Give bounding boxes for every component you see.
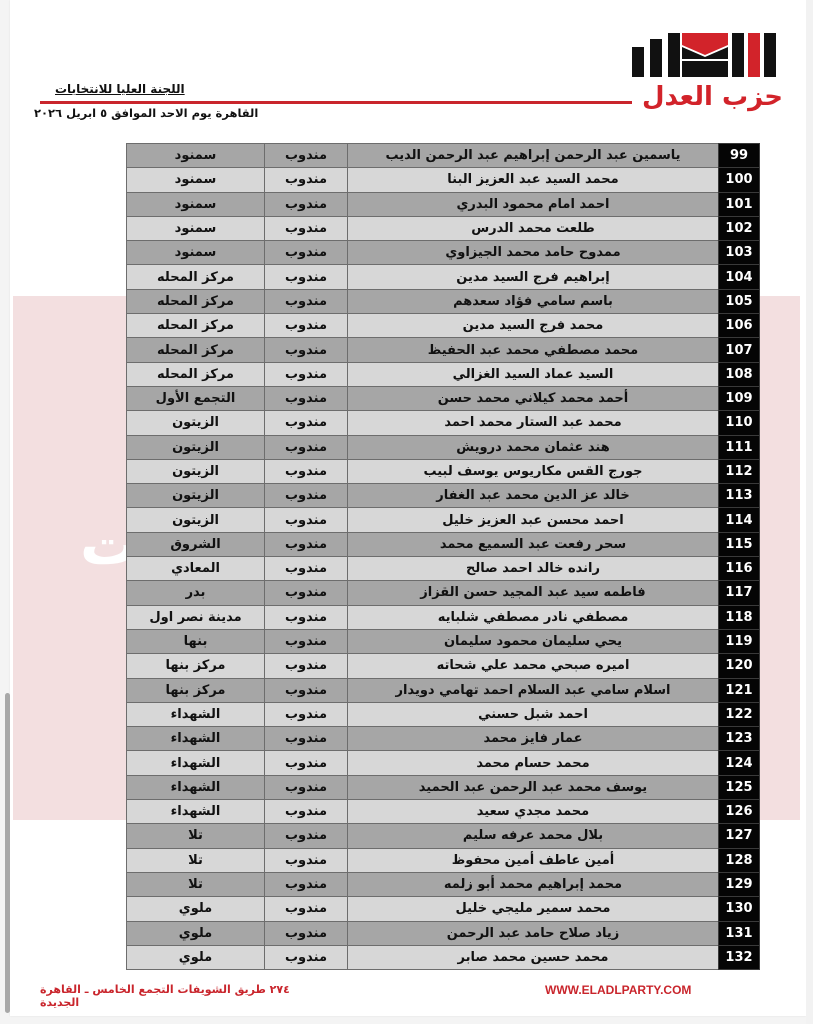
table-row: 109أحمد محمد كيلاني محمد حسنمندوبالتجمع … <box>127 386 760 410</box>
delegate-role: مندوب <box>265 605 348 629</box>
row-number: 107 <box>719 338 760 362</box>
row-number: 110 <box>719 411 760 435</box>
row-number: 99 <box>719 144 760 168</box>
delegate-area: تلا <box>127 848 265 872</box>
table-row: 120اميره صبحي محمد علي شحاتهمندوبمركز بن… <box>127 654 760 678</box>
delegate-name: جورج القس مكاريوس يوسف لبيب <box>348 459 719 483</box>
delegate-role: مندوب <box>265 702 348 726</box>
row-number: 116 <box>719 557 760 581</box>
delegate-role: مندوب <box>265 654 348 678</box>
delegate-area: المعادي <box>127 557 265 581</box>
table-row: 111هند عثمان محمد درويشمندوبالزيتون <box>127 435 760 459</box>
delegate-area: مركز المحله <box>127 362 265 386</box>
table-row: 102طلعت محمد الدرسمندوبسمنود <box>127 216 760 240</box>
vertical-scrollbar[interactable] <box>5 693 10 1013</box>
row-number: 117 <box>719 581 760 605</box>
row-number: 131 <box>719 921 760 945</box>
delegate-name: أحمد محمد كيلاني محمد حسن <box>348 386 719 410</box>
table-row: 131زياد صلاح حامد عبد الرحمنمندوبملوي <box>127 921 760 945</box>
footer-address: ٢٧٤ طريق الشويفات التجمع الخامس ـ القاهر… <box>40 983 290 1009</box>
delegate-role: مندوب <box>265 192 348 216</box>
table-row: 125يوسف محمد عبد الرحمن عبد الحميدمندوبا… <box>127 775 760 799</box>
row-number: 121 <box>719 678 760 702</box>
delegate-area: الزيتون <box>127 435 265 459</box>
row-number: 103 <box>719 241 760 265</box>
delegate-name: هند عثمان محمد درويش <box>348 435 719 459</box>
delegate-name: خالد عز الدين محمد عبد الغفار <box>348 484 719 508</box>
table-row: 121اسلام سامي عبد السلام احمد تهامي دويد… <box>127 678 760 702</box>
table-row: 103ممدوح حامد محمد الجيزاويمندوبسمنود <box>127 241 760 265</box>
table-row: 115سحر رفعت عبد السميع محمدمندوبالشروق <box>127 532 760 556</box>
row-number: 106 <box>719 314 760 338</box>
delegate-area: سمنود <box>127 241 265 265</box>
delegate-name: ممدوح حامد محمد الجيزاوي <box>348 241 719 265</box>
table-row: 113خالد عز الدين محمد عبد الغفارمندوبالز… <box>127 484 760 508</box>
row-number: 108 <box>719 362 760 386</box>
delegate-role: مندوب <box>265 411 348 435</box>
delegate-name: زياد صلاح حامد عبد الرحمن <box>348 921 719 945</box>
header-divider <box>40 101 632 104</box>
delegate-name: السيد عماد السيد الغزالي <box>348 362 719 386</box>
row-number: 127 <box>719 824 760 848</box>
delegate-role: مندوب <box>265 921 348 945</box>
delegate-area: الشهداء <box>127 800 265 824</box>
table-row: 104إبراهيم فرج السيد مدينمندوبمركز المحل… <box>127 265 760 289</box>
table-row: 107محمد مصطفي محمد عبد الحفيظمندوبمركز ا… <box>127 338 760 362</box>
delegate-name: محمد عبد الستار محمد احمد <box>348 411 719 435</box>
delegate-area: مركز المحله <box>127 314 265 338</box>
delegate-role: مندوب <box>265 532 348 556</box>
delegate-area: الشهداء <box>127 702 265 726</box>
delegate-role: مندوب <box>265 265 348 289</box>
row-number: 132 <box>719 945 760 969</box>
table-row: 126محمد مجدي سعيدمندوبالشهداء <box>127 800 760 824</box>
delegate-role: مندوب <box>265 824 348 848</box>
delegate-area: التجمع الأول <box>127 386 265 410</box>
delegate-name: إبراهيم فرج السيد مدين <box>348 265 719 289</box>
delegate-area: ملوي <box>127 921 265 945</box>
delegate-area: الزيتون <box>127 411 265 435</box>
row-number: 113 <box>719 484 760 508</box>
table-row: 128أمين عاطف أمين محفوظمندوبتلا <box>127 848 760 872</box>
table-row: 114احمد محسن عبد العزيز خليلمندوبالزيتون <box>127 508 760 532</box>
delegate-role: مندوب <box>265 629 348 653</box>
delegate-role: مندوب <box>265 362 348 386</box>
delegate-name: باسم سامي فؤاد سعدهم <box>348 289 719 313</box>
delegate-area: مدينة نصر اول <box>127 605 265 629</box>
row-number: 124 <box>719 751 760 775</box>
table-row: 129محمد إبراهيم محمد أبو زلمهمندوبتلا <box>127 872 760 896</box>
delegate-role: مندوب <box>265 241 348 265</box>
table-row: 118مصطفي نادر مصطفي شلبايهمندوبمدينة نصر… <box>127 605 760 629</box>
delegate-area: بدر <box>127 581 265 605</box>
row-number: 112 <box>719 459 760 483</box>
delegate-name: ياسمين عبد الرحمن إبراهيم عبد الرحمن الد… <box>348 144 719 168</box>
table-row: 130محمد سمير مليجي خليلمندوبملوي <box>127 897 760 921</box>
row-number: 126 <box>719 800 760 824</box>
delegate-area: تلا <box>127 824 265 848</box>
delegate-role: مندوب <box>265 435 348 459</box>
row-number: 130 <box>719 897 760 921</box>
viewer-edge <box>806 0 813 1024</box>
row-number: 109 <box>719 386 760 410</box>
row-number: 114 <box>719 508 760 532</box>
delegate-name: محمد حسام محمد <box>348 751 719 775</box>
delegate-role: مندوب <box>265 945 348 969</box>
delegate-name: محمد مصطفي محمد عبد الحفيظ <box>348 338 719 362</box>
delegate-area: سمنود <box>127 216 265 240</box>
table-row: 106محمد فرج السيد مدينمندوبمركز المحله <box>127 314 760 338</box>
table-row: 132محمد حسين محمد صابرمندوبملوي <box>127 945 760 969</box>
row-number: 125 <box>719 775 760 799</box>
row-number: 118 <box>719 605 760 629</box>
row-number: 120 <box>719 654 760 678</box>
delegate-role: مندوب <box>265 775 348 799</box>
delegate-area: الزيتون <box>127 459 265 483</box>
row-number: 122 <box>719 702 760 726</box>
row-number: 105 <box>719 289 760 313</box>
delegate-area: بنها <box>127 629 265 653</box>
delegate-role: مندوب <box>265 727 348 751</box>
table-row: 127بلال محمد عرفه سليممندوبتلا <box>127 824 760 848</box>
row-number: 100 <box>719 168 760 192</box>
delegate-role: مندوب <box>265 168 348 192</box>
delegate-area: مركز المحله <box>127 338 265 362</box>
delegate-role: مندوب <box>265 581 348 605</box>
delegate-name: رانده خالد احمد صالح <box>348 557 719 581</box>
delegate-role: مندوب <box>265 751 348 775</box>
delegate-area: الشروق <box>127 532 265 556</box>
delegate-area: الشهداء <box>127 727 265 751</box>
table-row: 99ياسمين عبد الرحمن إبراهيم عبد الرحمن ا… <box>127 144 760 168</box>
delegate-name: محمد السيد عبد العزيز البنا <box>348 168 719 192</box>
table-row: 108السيد عماد السيد الغزاليمندوبمركز الم… <box>127 362 760 386</box>
delegate-role: مندوب <box>265 386 348 410</box>
delegate-name: بلال محمد عرفه سليم <box>348 824 719 848</box>
eladl-party-logo-icon <box>632 33 778 77</box>
delegate-name: يوسف محمد عبد الرحمن عبد الحميد <box>348 775 719 799</box>
delegate-name: سحر رفعت عبد السميع محمد <box>348 532 719 556</box>
row-number: 101 <box>719 192 760 216</box>
table-row: 105باسم سامي فؤاد سعدهممندوبمركز المحله <box>127 289 760 313</box>
delegate-role: مندوب <box>265 678 348 702</box>
party-name: حزب العدل <box>633 80 783 114</box>
delegate-name: محمد حسين محمد صابر <box>348 945 719 969</box>
table-row: 110محمد عبد الستار محمد احمدمندوبالزيتون <box>127 411 760 435</box>
delegate-role: مندوب <box>265 484 348 508</box>
footer-website[interactable]: WWW.ELADLPARTY.COM <box>545 983 691 997</box>
delegate-role: مندوب <box>265 872 348 896</box>
delegate-role: مندوب <box>265 459 348 483</box>
delegate-area: مركز بنها <box>127 678 265 702</box>
row-number: 123 <box>719 727 760 751</box>
delegate-name: اسلام سامي عبد السلام احمد تهامي دويدار <box>348 678 719 702</box>
delegate-area: الشهداء <box>127 775 265 799</box>
delegates-table: 99ياسمين عبد الرحمن إبراهيم عبد الرحمن ا… <box>126 143 760 970</box>
row-number: 104 <box>719 265 760 289</box>
delegate-area: الشهداء <box>127 751 265 775</box>
table-row: 116رانده خالد احمد صالحمندوبالمعادي <box>127 557 760 581</box>
delegate-area: الزيتون <box>127 484 265 508</box>
row-number: 111 <box>719 435 760 459</box>
delegate-name: مصطفي نادر مصطفي شلبايه <box>348 605 719 629</box>
delegate-role: مندوب <box>265 338 348 362</box>
row-number: 128 <box>719 848 760 872</box>
table-row: 101احمد امام محمود البدريمندوبسمنود <box>127 192 760 216</box>
committee-title: اللجنة العليا للانتخابات <box>55 82 275 96</box>
delegate-area: الزيتون <box>127 508 265 532</box>
delegate-name: احمد محسن عبد العزيز خليل <box>348 508 719 532</box>
delegate-name: عمار فايز محمد <box>348 727 719 751</box>
delegate-name: محمد سمير مليجي خليل <box>348 897 719 921</box>
table-row: 123عمار فايز محمدمندوبالشهداء <box>127 727 760 751</box>
delegate-area: تلا <box>127 872 265 896</box>
delegate-role: مندوب <box>265 897 348 921</box>
delegate-role: مندوب <box>265 557 348 581</box>
delegate-role: مندوب <box>265 144 348 168</box>
delegate-role: مندوب <box>265 800 348 824</box>
delegate-name: محمد مجدي سعيد <box>348 800 719 824</box>
delegate-name: يحي سليمان محمود سليمان <box>348 629 719 653</box>
table-row: 100محمد السيد عبد العزيز البنامندوبسمنود <box>127 168 760 192</box>
delegate-area: ملوي <box>127 897 265 921</box>
delegate-name: محمد فرج السيد مدين <box>348 314 719 338</box>
table-row: 117فاطمه سيد عبد المجيد حسن القزازمندوبب… <box>127 581 760 605</box>
delegate-name: فاطمه سيد عبد المجيد حسن القزاز <box>348 581 719 605</box>
delegate-role: مندوب <box>265 289 348 313</box>
delegate-area: مركز المحله <box>127 265 265 289</box>
delegate-name: محمد إبراهيم محمد أبو زلمه <box>348 872 719 896</box>
delegate-name: طلعت محمد الدرس <box>348 216 719 240</box>
delegate-area: ملوي <box>127 945 265 969</box>
delegate-name: احمد امام محمود البدري <box>348 192 719 216</box>
delegate-area: سمنود <box>127 144 265 168</box>
delegate-role: مندوب <box>265 216 348 240</box>
delegate-role: مندوب <box>265 508 348 532</box>
delegate-name: اميره صبحي محمد علي شحاته <box>348 654 719 678</box>
row-number: 115 <box>719 532 760 556</box>
dateline: القاهرة يوم الاحد الموافق ٥ ابريل ٢٠٢٦ <box>34 106 274 120</box>
delegate-area: سمنود <box>127 168 265 192</box>
delegate-name: احمد شبل حسني <box>348 702 719 726</box>
delegate-area: مركز المحله <box>127 289 265 313</box>
table-row: 124محمد حسام محمدمندوبالشهداء <box>127 751 760 775</box>
delegate-area: مركز بنها <box>127 654 265 678</box>
row-number: 129 <box>719 872 760 896</box>
row-number: 119 <box>719 629 760 653</box>
delegate-role: مندوب <box>265 314 348 338</box>
table-row: 112جورج القس مكاريوس يوسف لبيبمندوبالزيت… <box>127 459 760 483</box>
table-row: 122احمد شبل حسنيمندوبالشهداء <box>127 702 760 726</box>
delegate-area: سمنود <box>127 192 265 216</box>
delegate-name: أمين عاطف أمين محفوظ <box>348 848 719 872</box>
row-number: 102 <box>719 216 760 240</box>
delegate-role: مندوب <box>265 848 348 872</box>
table-row: 119يحي سليمان محمود سليمانمندوببنها <box>127 629 760 653</box>
